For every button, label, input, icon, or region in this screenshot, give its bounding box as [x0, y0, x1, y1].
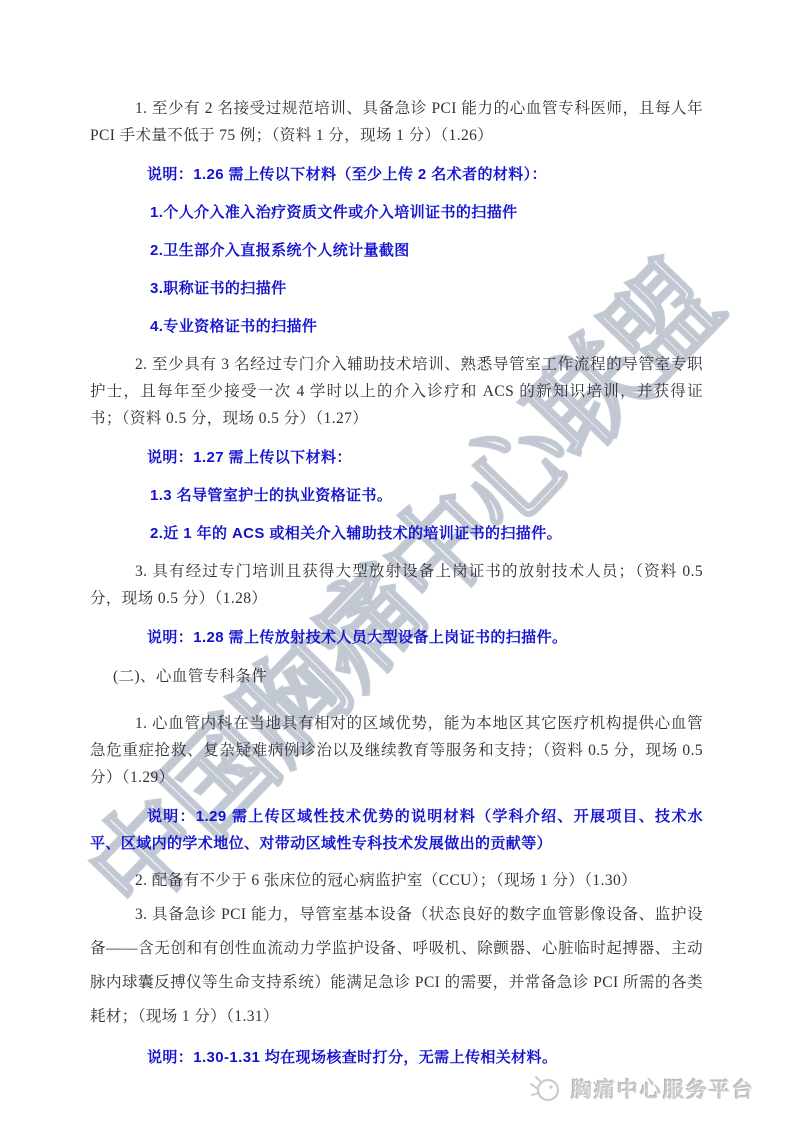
note-1-27: 说明：1.27 需上传以下材料： — [90, 444, 703, 471]
brand-text: 胸痛中心服务平台 — [571, 1074, 755, 1104]
note-1-26: 说明：1.26 需上传以下材料（至少上传 2 名术者的材料）： — [90, 161, 703, 188]
brand-logo: 胸痛中心服务平台 — [529, 1074, 755, 1104]
note-1-27-material-2: 2.近 1 年的 ACS 或相关介入辅助技术的培训证书的扫描件。 — [90, 520, 703, 547]
requirement-1-28: 3. 具有经过专门培训且获得大型放射设备上岗证书的放射技术人员；（资料 0.5 … — [90, 558, 703, 612]
note-1-26-material-4: 4.专业资格证书的扫描件 — [90, 313, 703, 340]
section-heading-cardiovascular: (二)、心血管专科条件 — [90, 663, 703, 690]
note-1-29: 说明：1.29 需上传区域性技术优势的说明材料（学科介绍、开展项目、技术水平、区… — [90, 803, 703, 857]
note-1-26-material-1: 1.个人介入准入治疗资质文件或介入培训证书的扫描件 — [90, 199, 703, 226]
document-page: 中国胸痛中心联盟 1. 至少有 2 名接受过规范培训、具备急诊 PCI 能力的心… — [0, 0, 793, 1122]
note-1-27-material-1: 1.3 名导管室护士的执业资格证书。 — [90, 482, 703, 509]
requirement-1-31: 3. 具备急诊 PCI 能力，导管室基本设备（状态良好的数字血管影像设备、监护设… — [90, 898, 703, 1034]
chest-pain-platform-icon — [529, 1074, 563, 1104]
note-1-26-material-3: 3.职称证书的扫描件 — [90, 275, 703, 302]
document-body: 1. 至少有 2 名接受过规范培训、具备急诊 PCI 能力的心血管专科医师，且每… — [0, 0, 793, 1071]
note-1-30-1-31: 说明：1.30-1.31 均在现场核查时打分，无需上传相关材料。 — [90, 1044, 703, 1071]
requirement-1-26: 1. 至少有 2 名接受过规范培训、具备急诊 PCI 能力的心血管专科医师，且每… — [90, 95, 703, 149]
requirement-1-27: 2. 至少具有 3 名经过专门介入辅助技术培训、熟悉导管室工作流程的导管室专职护… — [90, 351, 703, 432]
requirement-1-30: 2. 配备有不少于 6 张床位的冠心病监护室（CCU）；（现场 1 分）（1.3… — [90, 867, 703, 894]
note-1-28: 说明：1.28 需上传放射技术人员大型设备上岗证书的扫描件。 — [90, 624, 703, 651]
note-1-26-material-2: 2.卫生部介入直报系统个人统计量截图 — [90, 237, 703, 264]
requirement-1-29: 1. 心血管内科在当地具有相对的区域优势，能为本地区其它医疗机构提供心血管急危重… — [90, 710, 703, 791]
